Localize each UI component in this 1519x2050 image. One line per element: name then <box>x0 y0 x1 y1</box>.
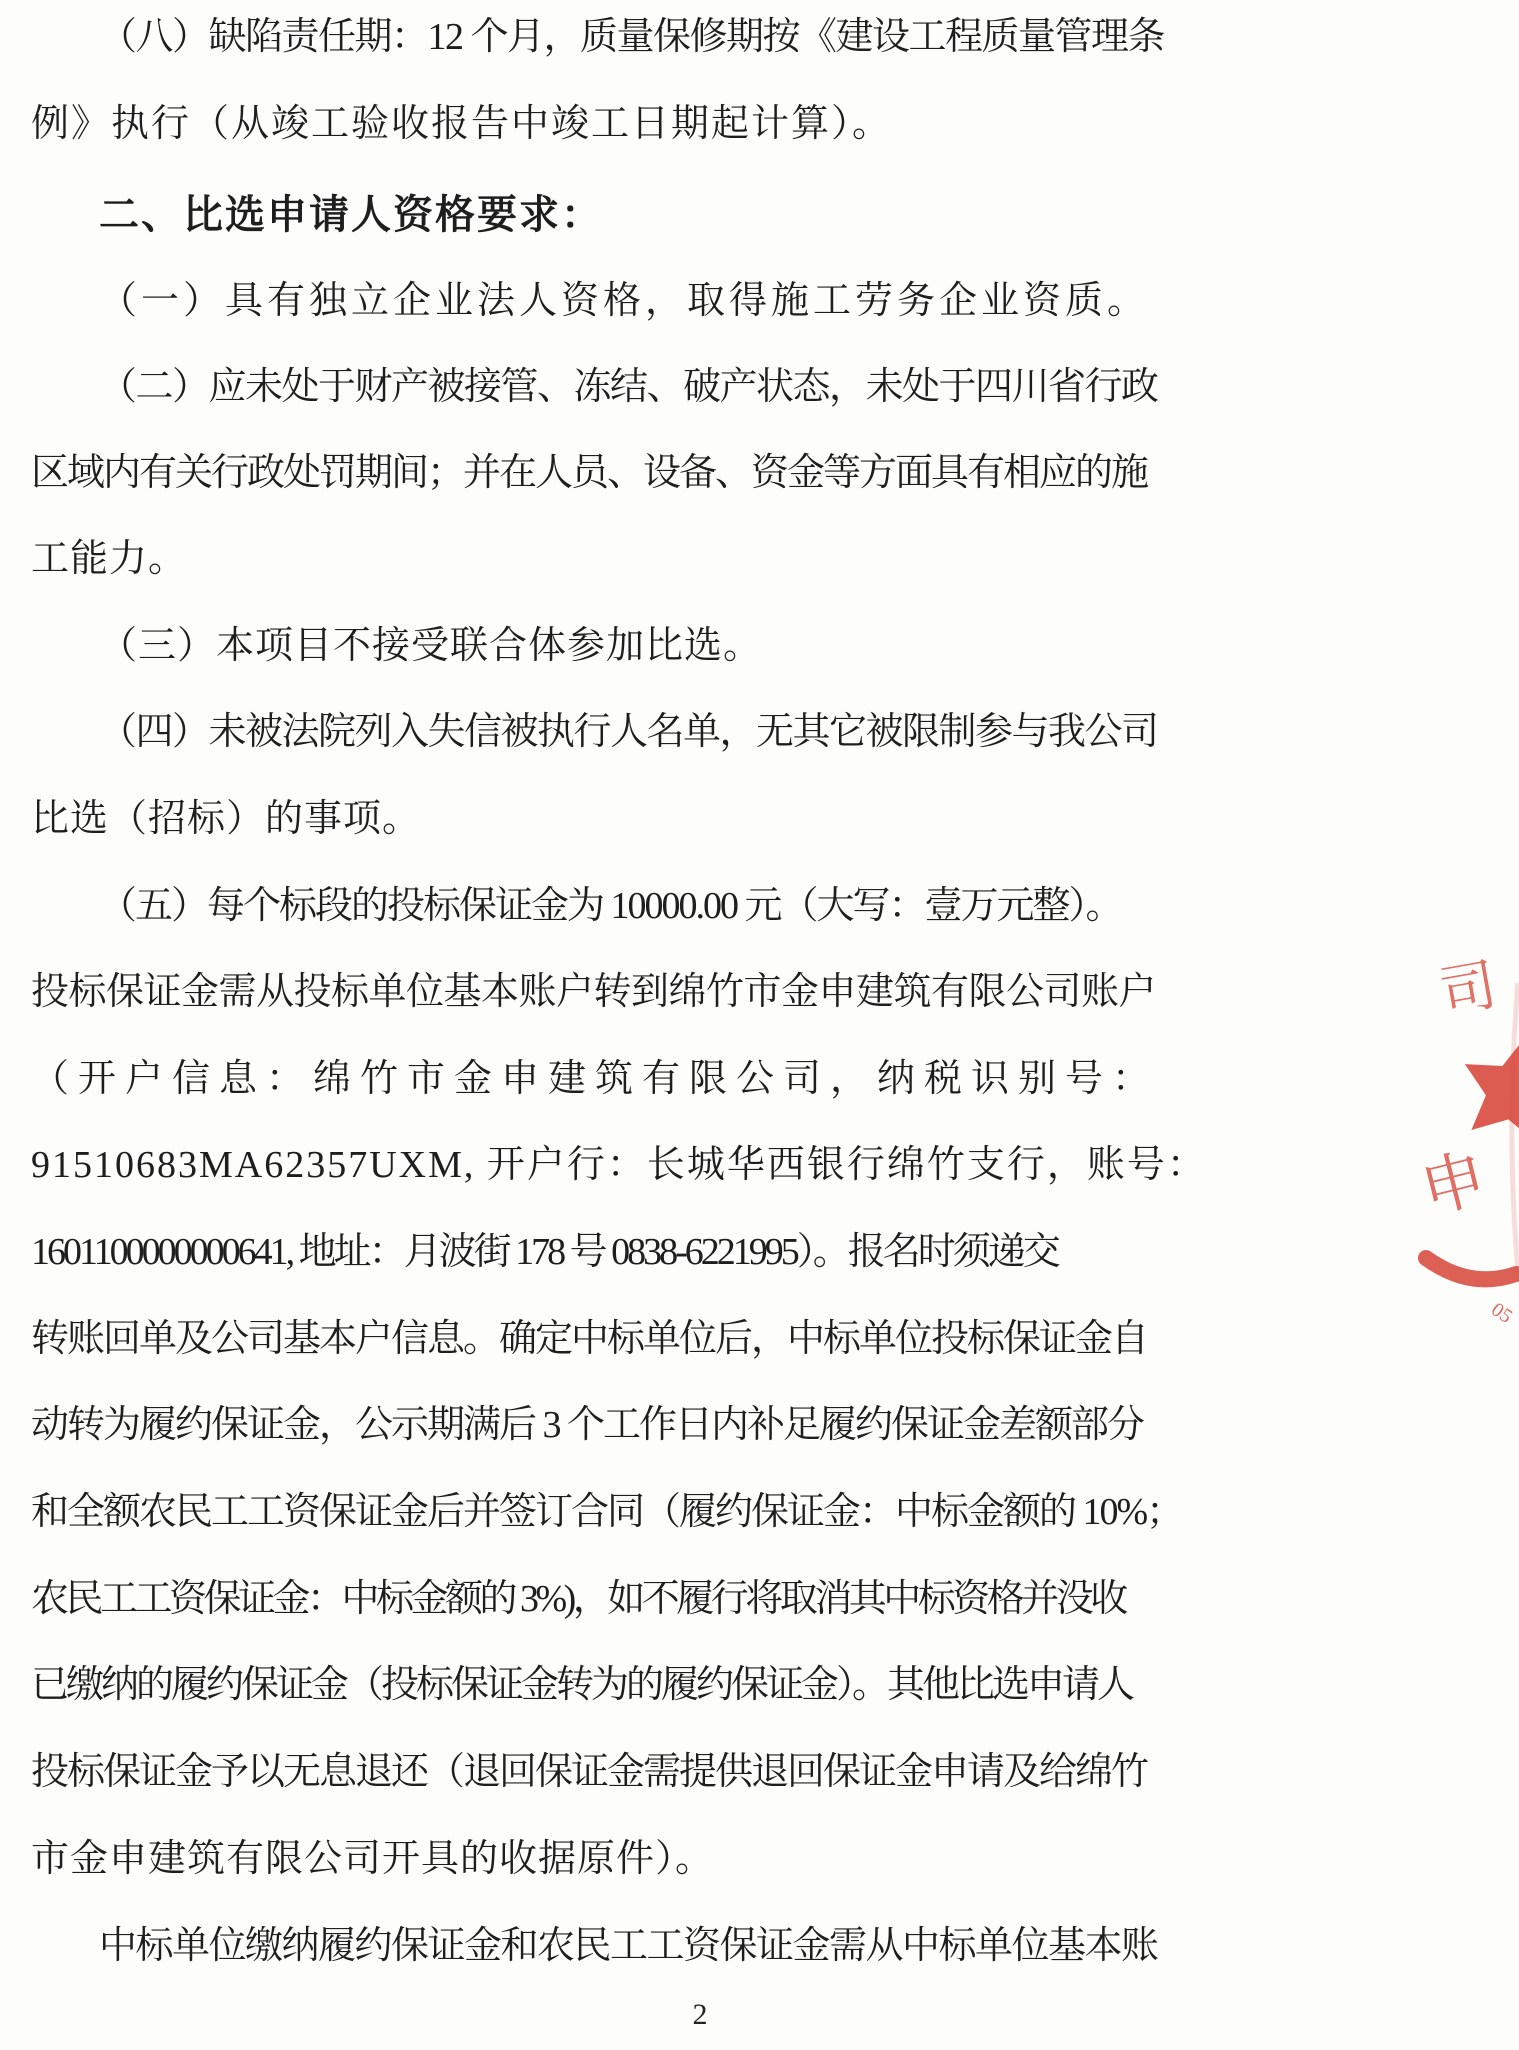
section-heading: 二、比选申请人资格要求： <box>31 186 1227 244</box>
document-line: 动转为履约保证金，公示期满后 3 个工作日内补足履约保证金差额部分 <box>31 1396 1159 1454</box>
document-page: （八）缺陷责任期：12 个月，质量保修期按《建设工程质量管理条 例》执行（从竣工… <box>0 0 1519 2050</box>
document-line: 投标保证金予以无息退还（退回保证金需提供退回保证金申请及给绵竹 <box>31 1743 1159 1801</box>
document-line: 比选（招标）的事项。 <box>31 790 1159 848</box>
document-line: 农民工工资保证金：中标金额的 3%)，如不履行将取消其中标资格并没收 <box>31 1570 1159 1628</box>
document-line: （三）本项目不接受联合体参加比选。 <box>31 617 1227 675</box>
document-line: （开户信息：绵竹市金申建筑有限公司，纳税识别号： <box>31 1050 1159 1108</box>
document-line: 1601100000000641, 地址：月波街 178 号 0838-6221… <box>31 1223 1159 1281</box>
document-line: （一）具有独立企业法人资格，取得施工劳务企业资质。 <box>31 272 1227 330</box>
seal-digits: 05 <box>1487 1298 1516 1327</box>
page-number: 2 <box>660 1998 740 2032</box>
document-line: 区域内有关行政处罚期间；并在人员、设备、资金等方面具有相应的施 <box>31 444 1159 502</box>
document-line: 91510683MA62357UXM, 开户行：长城华西银行绵竹支行，账号： <box>31 1136 1159 1194</box>
document-line: （五）每个标段的投标保证金为 10000.00 元（大写：壹万元整）。 <box>31 877 1227 935</box>
document-line: 已缴纳的履约保证金（投标保证金转为的履约保证金）。其他比选申请人 <box>31 1656 1159 1714</box>
document-line: 投标保证金需从投标单位基本账户转到绵竹市金申建筑有限公司账户 <box>31 963 1159 1021</box>
document-line: 和全额农民工工资保证金后并签订合同（履约保证金：中标金额的 10%； <box>31 1483 1159 1541</box>
document-line: 例》执行（从竣工验收报告中竣工日期起计算）。 <box>31 95 1159 153</box>
document-line: 市金申建筑有限公司开具的收据原件）。 <box>31 1830 1159 1888</box>
document-line: 中标单位缴纳履约保证金和农民工工资保证金需从中标单位基本账 <box>31 1917 1227 1975</box>
document-line: （八）缺陷责任期：12 个月，质量保修期按《建设工程质量管理条 <box>31 8 1227 66</box>
document-line: 工能力。 <box>31 530 1159 588</box>
company-seal-stamp: 司 申 05 <box>1412 928 1519 1328</box>
seal-rim-arc <box>1426 1258 1516 1279</box>
seal-character-shen: 申 <box>1414 1142 1493 1226</box>
seal-border-arc <box>1512 983 1518 1273</box>
seal-character-si: 司 <box>1435 954 1501 1025</box>
seal-star-icon <box>1452 1025 1519 1148</box>
document-line: （四）未被法院列入失信被执行人名单，无其它被限制参与我公司 <box>31 703 1227 761</box>
document-line: 转账回单及公司基本户信息。确定中标单位后，中标单位投标保证金自 <box>31 1310 1159 1368</box>
document-line: （二）应未处于财产被接管、冻结、破产状态，未处于四川省行政 <box>31 358 1227 416</box>
